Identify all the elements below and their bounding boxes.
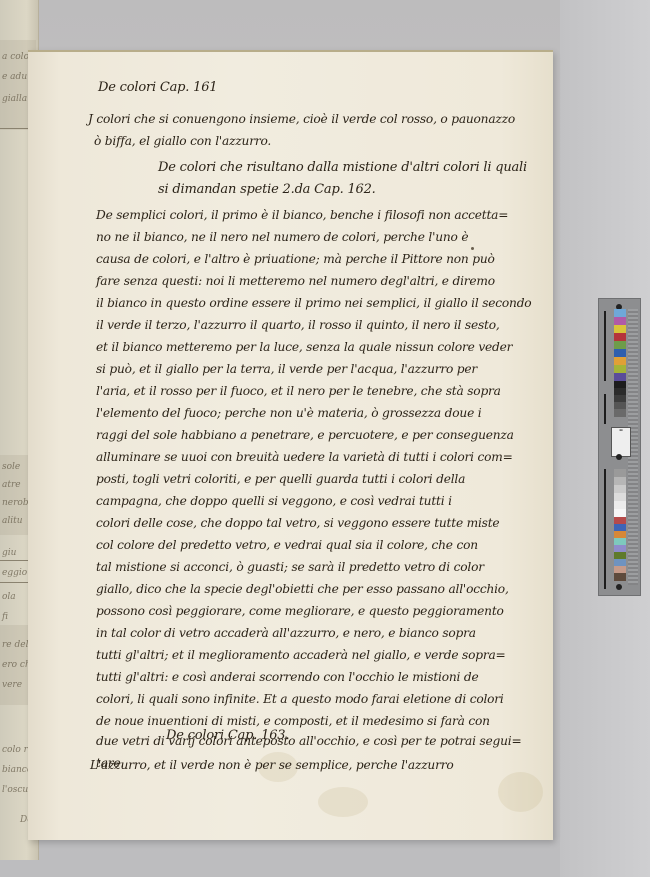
- left-page-fragment: fi: [2, 612, 8, 622]
- left-page-fragment: e adu: [2, 72, 27, 82]
- color-swatch: [614, 365, 626, 373]
- target-label-card: ▮▮: [611, 427, 631, 457]
- left-page-fragment: gialla: [2, 94, 27, 104]
- color-swatch: [614, 373, 626, 381]
- color-calibration-target: ▮▮: [598, 298, 641, 596]
- gray-swatch: [614, 485, 626, 493]
- gray-swatch: [614, 388, 626, 395]
- left-page-fragment: nerob: [2, 498, 29, 508]
- gray-swatch: [614, 477, 626, 485]
- text-line: campagna, che doppo quelli si veggono, e…: [96, 494, 452, 508]
- text-line: tutti gl'altri; et il meglioramento acca…: [96, 648, 506, 662]
- text-line: colori delle cose, che doppo tal vetro, …: [96, 516, 499, 530]
- scale-bar: [604, 469, 606, 589]
- text-line: tutti gl'altri: e così anderai scorrendo…: [96, 670, 479, 684]
- left-page-fragment: ola: [2, 592, 16, 602]
- ink-dot: [471, 247, 474, 250]
- text-line: il verde il terzo, l'azzurro il quarto, …: [96, 318, 500, 332]
- left-page-fragment: giu: [2, 548, 16, 558]
- paper-stain: [318, 787, 368, 817]
- chapter-heading-162-line2: si dimandan spetie 2.da Cap. 162.: [158, 182, 376, 197]
- chapter-heading-163: De colori Cap. 163.: [166, 728, 289, 743]
- gray-swatch: [614, 395, 626, 402]
- color-swatch: [614, 524, 626, 531]
- text-line: De semplici colori, il primo è il bianco…: [96, 208, 508, 222]
- text-line: in tal color di vetro accaderà all'azzur…: [96, 626, 476, 640]
- text-line: fare senza questi: noi li metteremo nel …: [96, 274, 495, 288]
- color-swatch: [614, 333, 626, 341]
- left-page-fragment: ero ch: [2, 660, 31, 670]
- gray-swatch: [614, 409, 626, 417]
- color-swatch: [614, 325, 626, 333]
- text-line: ò biffa, el giallo con l'azzurro.: [94, 134, 271, 148]
- text-line: L'azzurro, et il verde non è per se semp…: [90, 758, 453, 772]
- chapter-heading-161: De colori Cap. 161: [98, 80, 217, 95]
- text-line: J colori che si conuengono insieme, cioè…: [88, 112, 515, 126]
- color-swatch: [614, 357, 626, 365]
- mount-hole: [616, 454, 622, 460]
- text-line: il bianco in questo ordine essere il pri…: [96, 296, 531, 310]
- color-swatch: [614, 538, 626, 545]
- text-line: si può, et il giallo per la terra, il ve…: [96, 362, 477, 376]
- color-swatch: [614, 349, 626, 357]
- left-page-fragment: a colo: [2, 52, 29, 62]
- left-page-fragment: colo r: [2, 745, 28, 755]
- color-swatch: [614, 309, 626, 317]
- text-line: alluminare se uuoi con breuità uedere la…: [96, 450, 513, 464]
- gray-swatch: [614, 493, 626, 501]
- color-swatch: [614, 531, 626, 538]
- gray-swatch: [614, 509, 626, 517]
- text-line: l'aria, et il rosso per il fuoco, et il …: [96, 384, 501, 398]
- text-line: raggi del sole habbiano a penetrare, e p…: [96, 428, 514, 442]
- scale-bar: [604, 311, 606, 381]
- text-line: col colore del predetto vetro, e vedrai …: [96, 538, 478, 552]
- color-swatch: [614, 317, 626, 325]
- text-line: possono così peggiorare, come megliorare…: [96, 604, 504, 618]
- color-swatch: [614, 559, 626, 566]
- text-line: et il bianco metteremo per la luce, senz…: [96, 340, 512, 354]
- text-line: colori, li quali sono infinite. Et a que…: [96, 692, 504, 706]
- text-line: de noue inuentioni di misti, e composti,…: [96, 714, 490, 728]
- left-page-fragment: sole: [2, 462, 20, 472]
- color-swatch: [614, 566, 626, 573]
- text-line: l'elemento del fuoco; perche non u'è mat…: [96, 406, 481, 420]
- color-swatch: [614, 517, 626, 524]
- chapter-heading-162-line1: De colori che risultano dalla mistione d…: [158, 160, 527, 175]
- left-page-fragment: atre: [2, 480, 21, 490]
- left-page-fragment: vere: [2, 680, 22, 690]
- gray-swatch: [614, 402, 626, 409]
- gray-swatch: [614, 501, 626, 509]
- color-swatch: [614, 341, 626, 349]
- gray-swatch: [614, 381, 626, 388]
- mount-hole: [616, 584, 622, 590]
- scale-bar: [604, 394, 606, 424]
- color-swatch: [614, 545, 626, 552]
- text-line: no ne il bianco, ne il nero nel numero d…: [96, 230, 468, 244]
- color-swatch: [614, 573, 626, 581]
- gray-swatch: [614, 469, 626, 477]
- manuscript-page: De colori Cap. 161 J colori che si conue…: [28, 50, 553, 840]
- text-line: due vetri di varij colori anteposto all'…: [96, 734, 522, 748]
- text-line: causa de colori, e l'altro è priuatione;…: [96, 252, 495, 266]
- text-line: posti, togli vetri coloriti, e per quell…: [96, 472, 465, 486]
- left-page-fragment: alitu: [2, 516, 23, 526]
- text-line: giallo, dico che la specie degl'obietti …: [96, 582, 509, 596]
- color-swatch: [614, 552, 626, 559]
- paper-stain: [498, 772, 543, 812]
- text-line: tal mistione si acconci, ò guasti; se sa…: [96, 560, 484, 574]
